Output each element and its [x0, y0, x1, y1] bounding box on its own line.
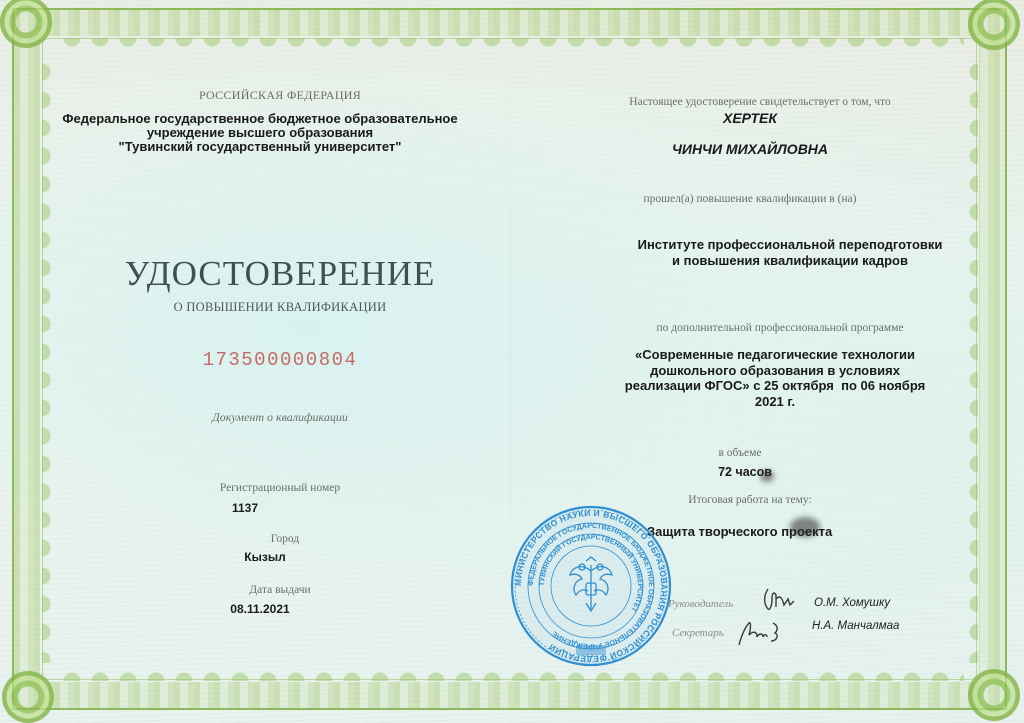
thesis-label: Итоговая работа на тему:	[640, 494, 860, 506]
border-ornament-bottom	[60, 667, 964, 681]
head-role-label: Руководитель	[668, 598, 733, 610]
ink-smudge	[790, 517, 820, 537]
passed-training-text: прошел(а) повышение квалификации в (на)	[600, 193, 900, 205]
document-kind: Документ о квалификации	[170, 410, 390, 425]
border-ornament-right	[964, 60, 978, 663]
official-seal: МИНИСТЕРСТВО НАУКИ И ВЫСШЕГО ОБРАЗОВАНИЯ…	[510, 505, 672, 667]
secretary-name: Н.А. Манчалмаа	[812, 620, 899, 632]
program-label: по дополнительной профессиональной прогр…	[580, 322, 980, 334]
document-subtitle: О ПОВЫШЕНИИ КВАЛИФИКАЦИИ	[150, 300, 410, 315]
institute-line: Институте профессиональной переподготовк…	[580, 237, 1000, 253]
institute-line: и повышения квалификации кадров	[580, 253, 1000, 269]
program-line: реализации ФГОС» с 25 октября по 06 нояб…	[590, 378, 960, 394]
volume-label: в объеме	[680, 447, 800, 459]
institute-name: Институте профессиональной переподготовк…	[580, 237, 1000, 269]
city: Кызыл	[180, 550, 380, 564]
serial-number: 173500000804	[170, 349, 390, 371]
issue-date: 08.11.2021	[180, 602, 380, 616]
document-title: УДОСТОВЕРЕНИЕ	[120, 254, 440, 294]
organization-line: Федеральное государственное бюджетное об…	[40, 112, 480, 126]
organization-line: учреждение высшего образования	[40, 126, 480, 140]
ink-smudge	[760, 470, 774, 482]
program-title: «Современные педагогические технологии д…	[590, 347, 960, 409]
head-name: О.М. Хомушку	[814, 597, 890, 609]
corner-rosette-icon	[968, 669, 1020, 721]
program-line: 2021 г.	[590, 394, 960, 410]
issuing-organization: Федеральное государственное бюджетное об…	[40, 112, 480, 154]
issue-date-label: Дата выдачи	[180, 584, 380, 596]
holder-surname: ХЕРТЕК	[600, 110, 900, 126]
corner-rosette-icon	[2, 671, 54, 723]
program-line: дошкольного образования в условиях	[590, 363, 960, 379]
registration-number: 1137	[180, 501, 380, 515]
holder-given-names: ЧИНЧИ МИХАЙЛОВНА	[600, 141, 900, 157]
country-header: РОССИЙСКАЯ ФЕДЕРАЦИЯ	[170, 88, 390, 103]
registration-number-label: Регистрационный номер	[180, 482, 380, 494]
attestation-text: Настоящее удостоверение свидетельствует …	[590, 96, 930, 108]
secretary-role-label: Секретарь	[672, 627, 724, 639]
secretary-signature-icon	[735, 617, 785, 649]
hours: 72 часов	[680, 465, 810, 479]
head-signature-icon	[760, 585, 800, 615]
organization-line: "Тувинский государственный университет"	[40, 140, 480, 154]
program-line: «Современные педагогические технологии	[590, 347, 960, 363]
border-ornament-top	[60, 38, 964, 52]
corner-rosette-icon	[968, 0, 1020, 50]
city-label: Город	[180, 533, 380, 545]
